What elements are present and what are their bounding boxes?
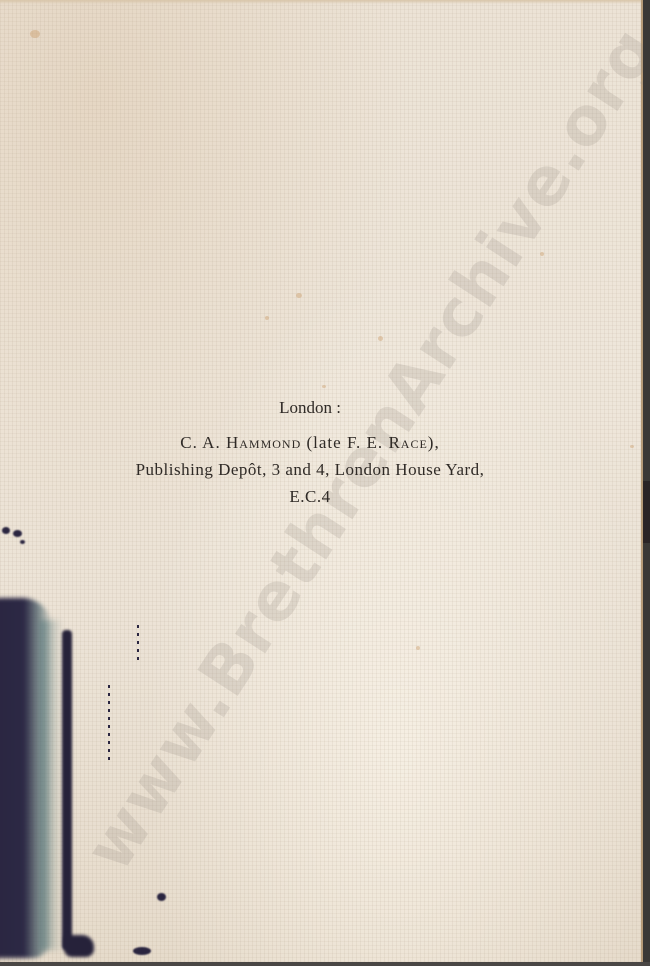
ink-stain-line: [62, 630, 72, 950]
foxing-spot: [296, 293, 302, 298]
binding-tab: [643, 481, 650, 543]
ink-blot: [13, 530, 22, 537]
ink-stain-halo: [40, 620, 62, 950]
publisher-prefix: C. A.: [180, 433, 226, 452]
watermark: www.BrethrenArchive.org: [70, 255, 516, 884]
scan-bottom-edge: [0, 962, 650, 966]
publisher-mid: (late F. E.: [301, 433, 388, 452]
ink-blot: [133, 947, 151, 955]
foxing-spot: [265, 316, 269, 320]
imprint-city: London :: [0, 398, 620, 418]
ink-speckle-column: [137, 625, 139, 665]
imprint-publisher: C. A. Hammond (late F. E. Race),: [0, 433, 620, 453]
foxing-spot: [30, 30, 40, 38]
top-edge: [0, 0, 643, 4]
ink-blot: [2, 527, 10, 534]
foxing-spot: [378, 336, 383, 341]
foxing-spot: [630, 445, 634, 448]
publisher-name: Hammond: [226, 433, 301, 452]
imprint-postcode: E.C.4: [0, 487, 620, 507]
foxing-spot: [416, 646, 420, 650]
ink-speckle-column: [108, 685, 110, 765]
imprint-address: Publishing Depôt, 3 and 4, London House …: [0, 460, 620, 480]
ink-stain-foot: [64, 935, 94, 957]
publisher-suffix: ),: [428, 433, 440, 452]
scanned-page: www.BrethrenArchive.org London : C. A. H…: [0, 0, 643, 962]
ink-blot: [20, 540, 25, 544]
publisher-former: Race: [388, 433, 427, 452]
foxing-spot: [322, 385, 326, 388]
ink-blot: [157, 893, 166, 901]
publisher-imprint: London : C. A. Hammond (late F. E. Race)…: [0, 398, 620, 507]
